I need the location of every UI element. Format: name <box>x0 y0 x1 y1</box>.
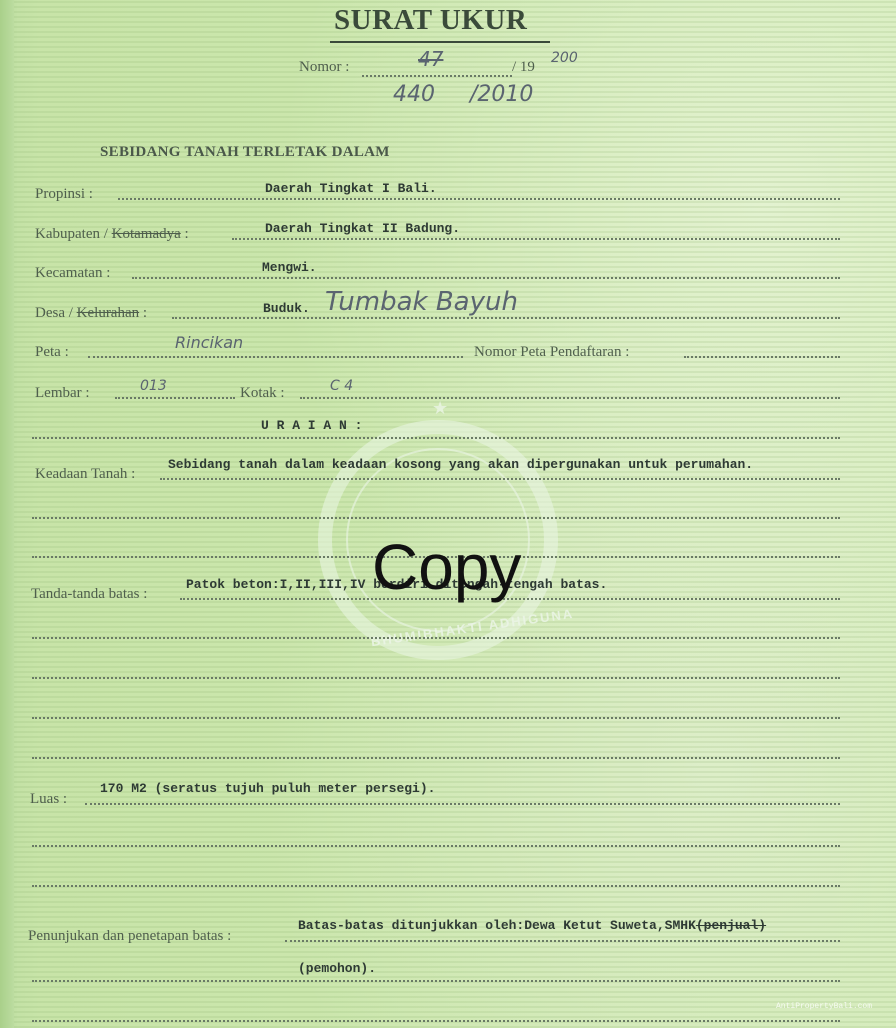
penjual-struck: (penjual) <box>696 918 766 933</box>
kelurahan-struck: Kelurahan <box>77 305 139 321</box>
tanda-batas-label: Tanda-tanda batas : <box>31 586 147 603</box>
kabupaten-label: Kabupaten / Kotamadya : <box>35 226 189 243</box>
luas-line-2 <box>32 845 840 847</box>
desa-value-typed: Buduk. <box>263 301 310 316</box>
nomor-dotted-line <box>362 75 512 77</box>
section-heading: SEBIDANG TANAH TERLETAK DALAM <box>100 144 390 161</box>
lembar-dotted-line <box>115 397 235 399</box>
kabupaten-label-text: Kabupaten / <box>35 226 108 242</box>
tanda-batas-line-4 <box>32 717 840 719</box>
luas-line-3 <box>32 885 840 887</box>
keadaan-tanah-dotted-line <box>160 478 840 480</box>
peta-label: Peta : <box>35 344 69 361</box>
propinsi-label: Propinsi : <box>35 186 93 203</box>
kecamatan-label: Kecamatan : <box>35 265 110 282</box>
kabupaten-colon: : <box>185 226 189 242</box>
desa-value-handwritten: Tumbak Bayuh <box>325 287 518 317</box>
penunjukan-line-2 <box>32 980 840 982</box>
propinsi-dotted-line <box>118 198 840 200</box>
peta-dotted-line <box>88 356 463 358</box>
desa-colon: : <box>143 305 147 321</box>
keadaan-tanah-line-2 <box>32 517 840 519</box>
document-title: SURAT UKUR <box>334 4 527 37</box>
tanda-batas-line-5 <box>32 757 840 759</box>
peta-value-handwritten: Rincikan <box>175 333 243 352</box>
penunjukan-dotted-line <box>285 940 840 942</box>
page-edge <box>0 0 14 1028</box>
kabupaten-dotted-line <box>232 238 840 240</box>
propinsi-value: Daerah Tingkat I Bali. <box>265 181 437 196</box>
tanda-batas-line-2 <box>32 637 840 639</box>
desa-label: Desa / Kelurahan : <box>35 305 147 322</box>
nomor-peta-label: Nomor Peta Pendaftaran : <box>474 344 629 361</box>
keadaan-tanah-value: Sebidang tanah dalam keadaan kosong yang… <box>168 457 753 472</box>
lembar-value-handwritten: 013 <box>140 378 167 394</box>
kabupaten-value: Daerah Tingkat II Badung. <box>265 221 460 236</box>
desa-dotted-line <box>172 317 840 319</box>
title-underline <box>330 41 550 43</box>
penunjukan-value-line2: (pemohon). <box>298 961 376 976</box>
nomor-correction: 440 /2010 <box>393 82 533 107</box>
kotak-value-handwritten: C 4 <box>330 378 353 394</box>
star-icon: ★ <box>432 398 448 419</box>
kecamatan-dotted-line <box>132 277 840 279</box>
penunjukan-line-3 <box>32 1020 840 1022</box>
nomor-year-suffix: 200 <box>551 50 578 66</box>
nomor-peta-dotted-line <box>684 356 840 358</box>
nomor-handwritten-number: 47 <box>418 47 443 71</box>
luas-dotted-line <box>85 803 840 805</box>
keadaan-tanah-label: Keadaan Tanah : <box>35 466 135 483</box>
kotak-label: Kotak : <box>240 385 285 402</box>
penunjukan-value-text: Batas-batas ditunjukkan oleh:Dewa Ketut … <box>298 918 696 933</box>
kecamatan-value: Mengwi. <box>262 260 317 275</box>
luas-value: 170 M2 (seratus tujuh puluh meter perseg… <box>100 781 435 796</box>
lembar-label: Lembar : <box>35 385 90 402</box>
kotamadya-struck: Kotamadya <box>112 226 181 242</box>
uraian-heading: U R A I A N : <box>261 418 362 433</box>
site-watermark: AntiPropertyBali.com <box>776 1002 872 1011</box>
nomor-label: Nomor : <box>299 59 349 76</box>
kotak-dotted-line <box>300 397 840 399</box>
penunjukan-label: Penunjukan dan penetapan batas : <box>28 928 231 945</box>
nomor-year-prefix: / 19 <box>512 59 535 76</box>
luas-label: Luas : <box>30 791 67 808</box>
tanda-batas-line-3 <box>32 677 840 679</box>
desa-label-text: Desa / <box>35 305 73 321</box>
copy-stamp: Copy <box>372 530 521 604</box>
penunjukan-value-line1: Batas-batas ditunjukkan oleh:Dewa Ketut … <box>298 918 766 933</box>
uraian-dotted-line <box>32 437 840 439</box>
